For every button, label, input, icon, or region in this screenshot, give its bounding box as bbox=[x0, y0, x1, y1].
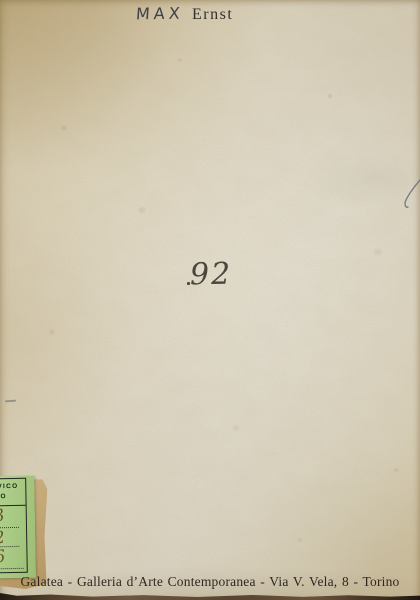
paper-grain-texture bbox=[0, 0, 420, 600]
label-text-line2: NO bbox=[0, 493, 7, 500]
gallery-imprint-line: Galatea - Galleria d’Arte Contemporanea … bbox=[0, 574, 420, 590]
library-label: IVICO NO 3 2 6 bbox=[0, 476, 36, 579]
ink-speck bbox=[187, 282, 190, 285]
scanned-catalog-cover: MAX Ernst 92 IVICO NO 3 2 6 Galatea - Ga… bbox=[0, 0, 420, 600]
bottom-edge-shadow bbox=[0, 593, 420, 600]
label-text-line1: IVICO bbox=[0, 483, 19, 490]
paper-foxing-spots bbox=[0, 0, 420, 600]
handwritten-author-name: MAX bbox=[135, 4, 184, 24]
pencil-dash-mark bbox=[5, 400, 16, 403]
blue-pen-stroke bbox=[396, 176, 420, 214]
printed-author-surname: Ernst bbox=[192, 6, 233, 24]
catalog-number: 92 bbox=[190, 257, 233, 293]
